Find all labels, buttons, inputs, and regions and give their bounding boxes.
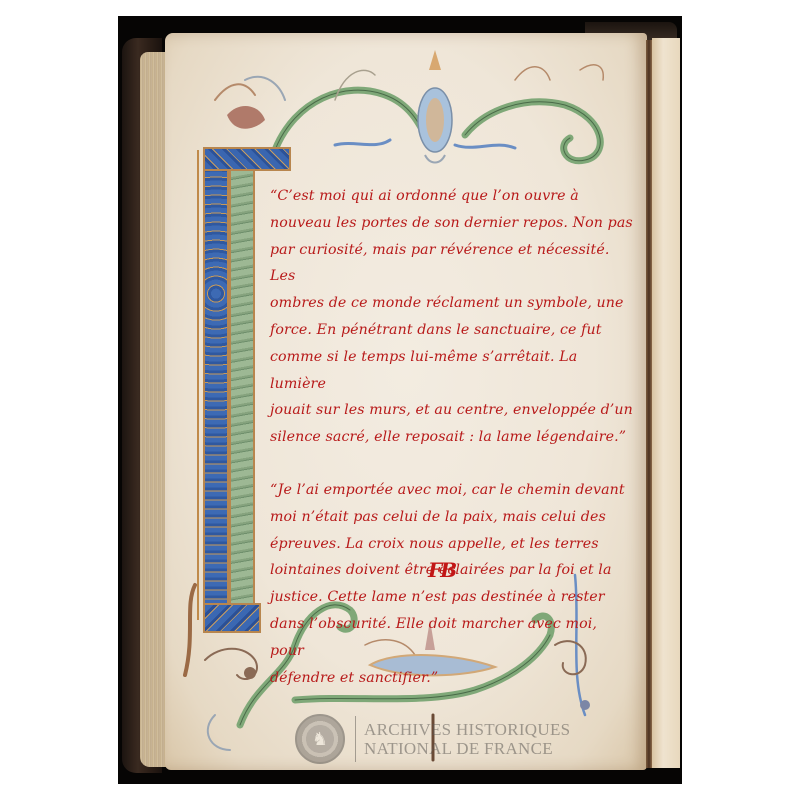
text-line: ombres de ce monde réclament un symbole,… [270,295,624,311]
text-line: jouait sur les murs, et au centre, envel… [270,402,633,418]
gold-margin-rule [197,150,199,620]
drop-cap-foot [203,603,261,633]
text-line: nouveau les portes de son dernier repos.… [270,215,633,231]
horse-rider-icon: ♞ [312,729,328,750]
watermark-line-1: ARCHIVES HISTORIQUES [364,720,570,739]
watermark-text: ARCHIVES HISTORIQUES NATIONAL DE FRANCE [364,720,570,758]
text-line: moi n’était pas celui de la paix, mais c… [270,509,606,525]
text-line: justice. Cette lame n’est pas destinée à… [270,589,605,605]
archive-watermark: ♞ ARCHIVES HISTORIQUES NATIONAL DE FRANC… [295,714,570,764]
text-line: force. En pénétrant dans le sanctuaire, … [270,322,602,338]
text-line: “Je l’ai emportée avec moi, car le chemi… [270,482,625,498]
signature: FB [428,558,455,582]
text-line: “C’est moi qui ai ordonné que l’on ouvre… [270,188,579,204]
facing-page-edge [652,38,680,768]
drop-cap-top-bar [203,147,291,171]
manuscript-text: “C’est moi qui ai ordonné que l’on ouvre… [270,183,635,691]
paragraph-1: “C’est moi qui ai ordonné que l’on ouvre… [270,183,635,451]
paragraph-2: “Je l’ai emportée avec moi, car le chemi… [270,477,635,691]
watermark-line-2: NATIONAL DE FRANCE [364,739,570,758]
text-line: comme si le temps lui-même s’arrêtait. L… [270,349,577,392]
text-line: épreuves. La croix nous appelle, et les … [270,536,599,552]
drop-cap-green-panel [229,169,255,609]
text-line: par curiosité, mais par révérence et néc… [270,242,609,285]
drop-cap-blue-stem [203,147,229,633]
equestrian-seal-icon: ♞ [295,714,345,764]
text-line: dans l’obscurité. Elle doit marcher avec… [270,616,597,659]
watermark-divider [355,716,356,762]
text-line: défendre et sanctifier.” [270,670,438,686]
text-line: silence sacré, elle reposait : la lame l… [270,429,626,445]
